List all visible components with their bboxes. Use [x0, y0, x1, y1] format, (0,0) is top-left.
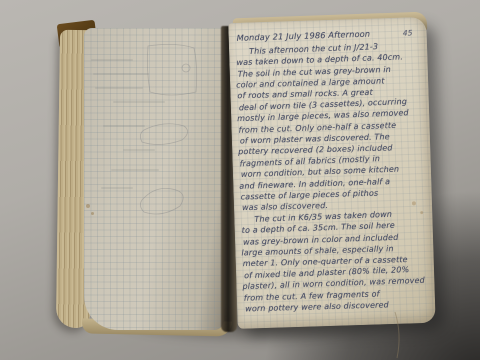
left-blank-page [84, 28, 224, 330]
page-stain [91, 212, 94, 215]
page-number: 45 [403, 27, 413, 39]
journal-page: Monday 21 July 1986 Afternoon 45 This af… [228, 17, 436, 329]
faint-sherd-outline-sketch [140, 124, 187, 145]
faint-sherd-outline-sketch-2 [140, 188, 183, 214]
faint-pencil-sketches [84, 28, 224, 330]
faint-circle-detail-sketch [182, 64, 190, 72]
pencil-showthrough-lines [92, 60, 164, 188]
notebook-photo: Monday 21 July 1986 Afternoon 45 This af… [0, 0, 480, 360]
journal-text: This afternoon the cut in J/21-3was take… [235, 40, 429, 315]
page-stain [86, 204, 90, 208]
page-stain [420, 211, 423, 214]
